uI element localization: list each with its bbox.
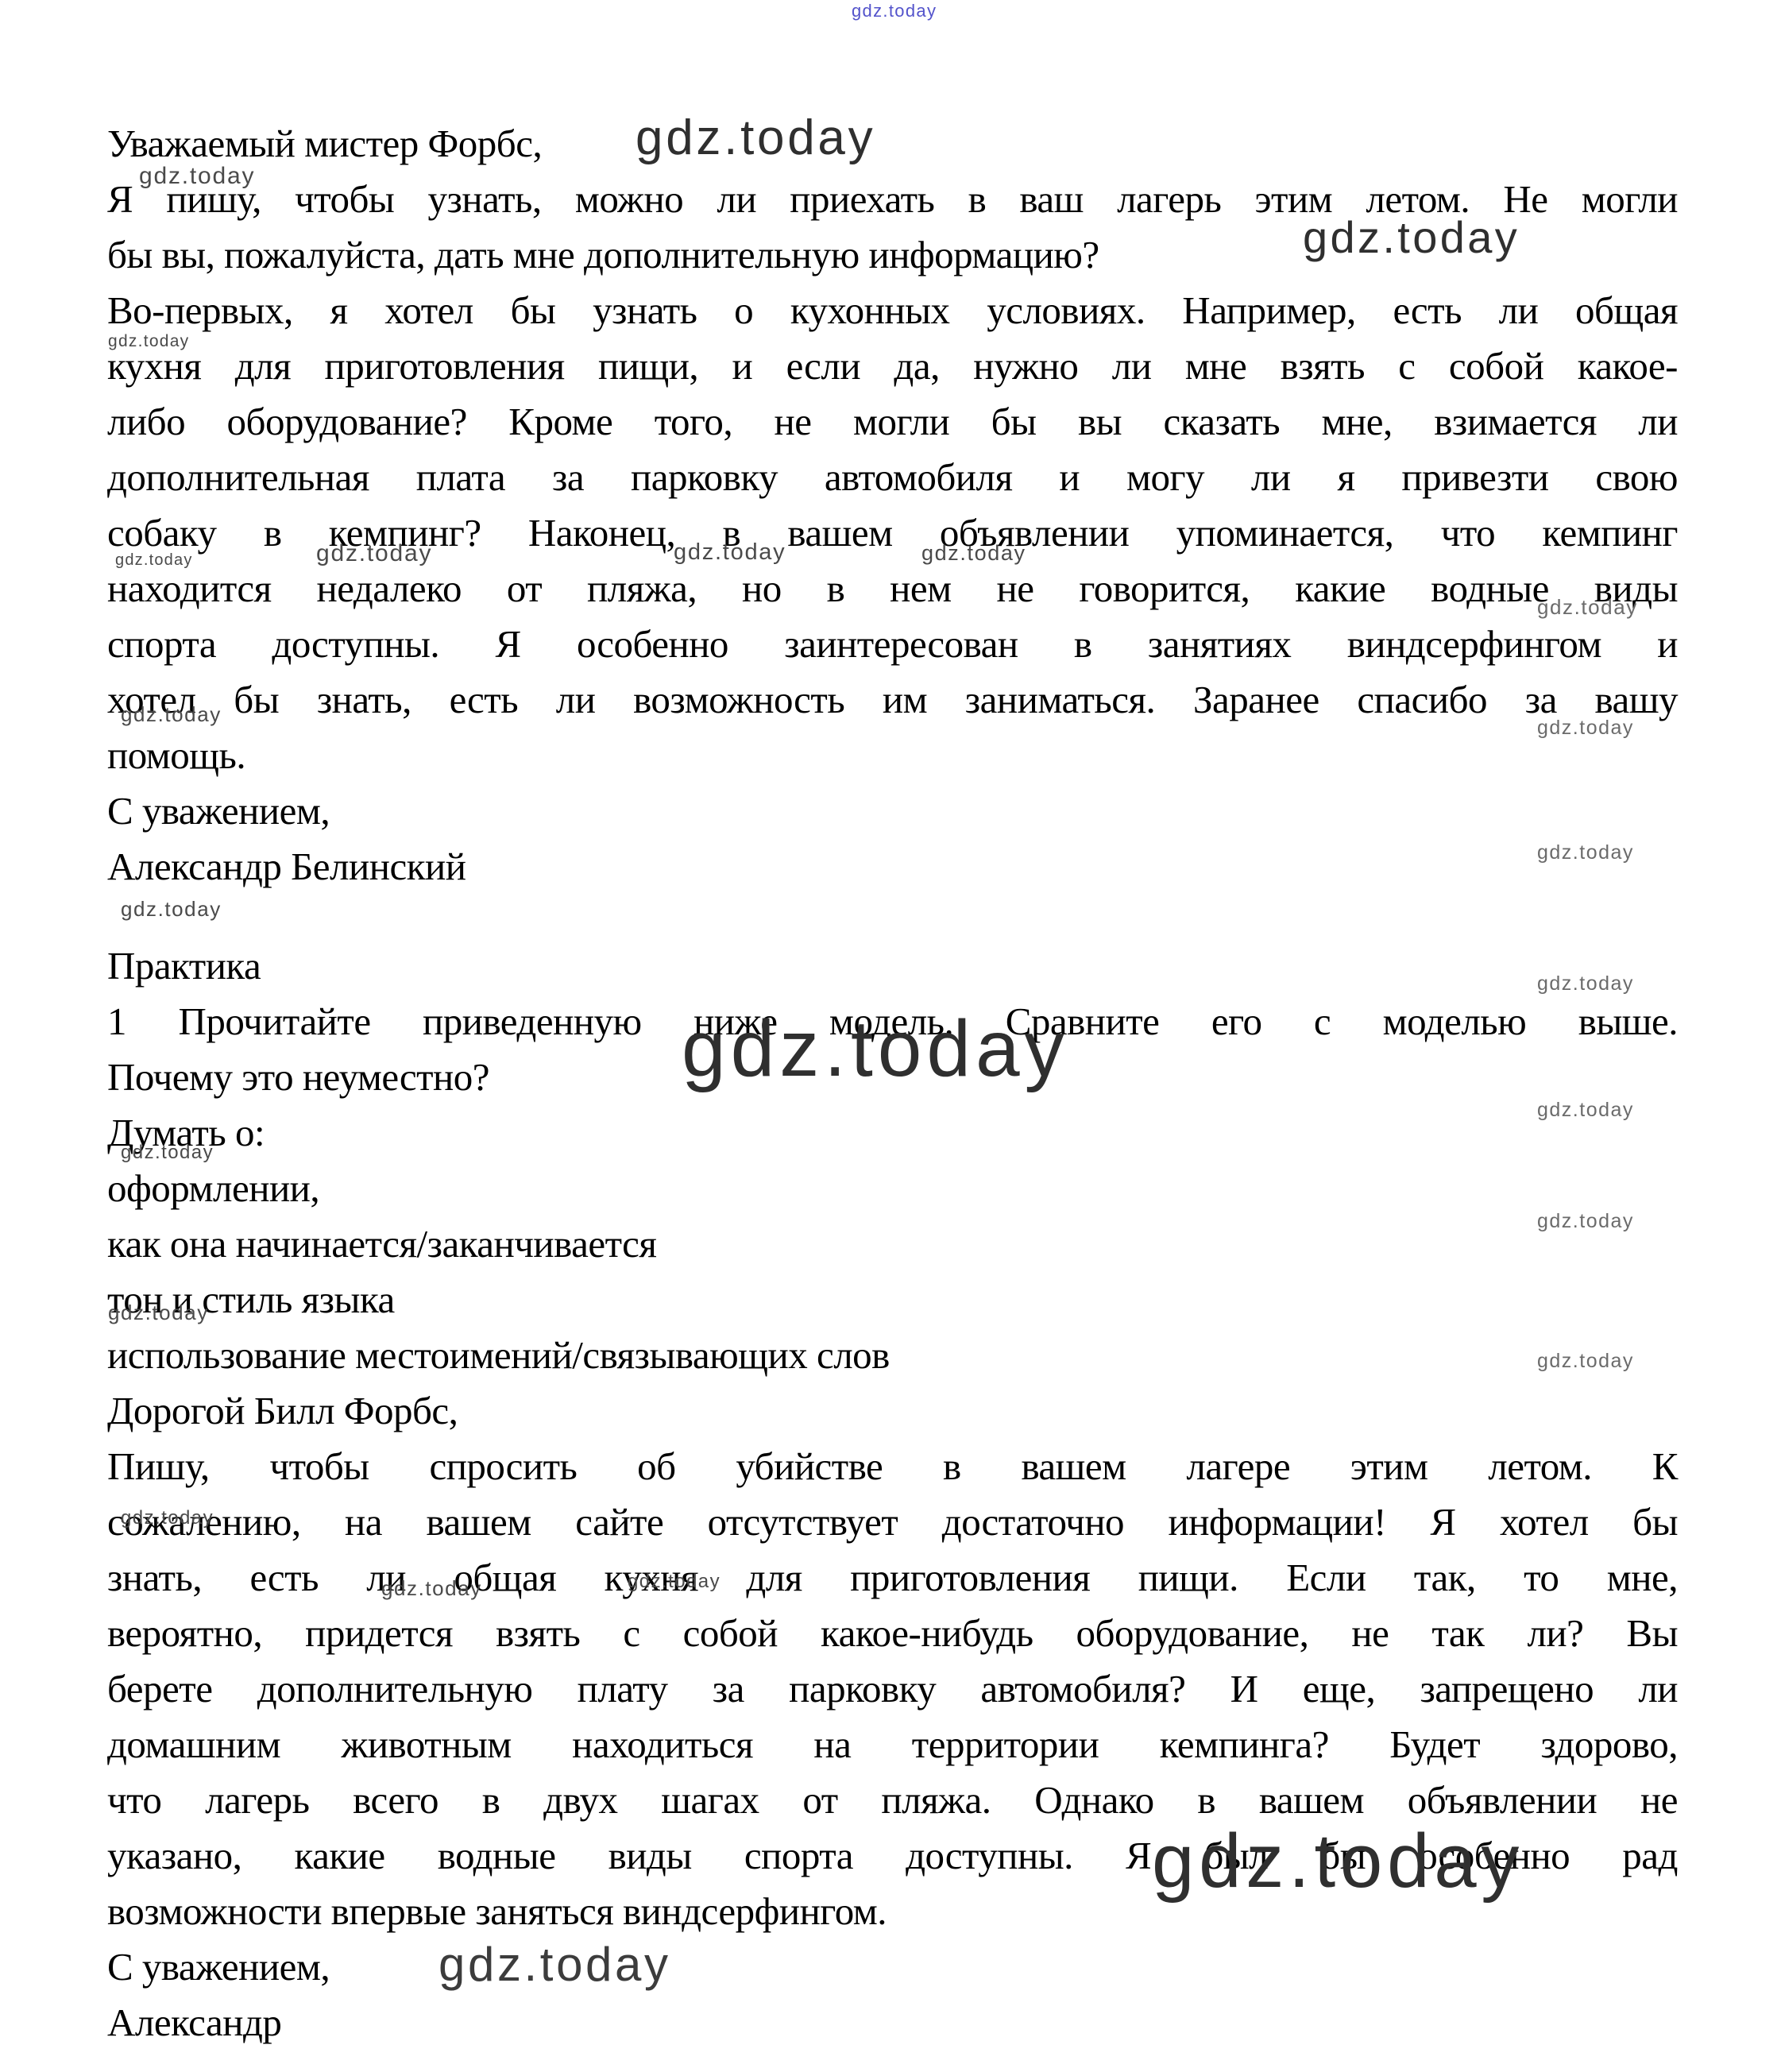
letter1-salutation: Уважаемый мистер Форбс,: [107, 116, 1678, 172]
watermark: gdz.today: [115, 551, 193, 569]
letter1-closing: С уважением,: [107, 783, 1678, 839]
text-line: Пишу, чтобы спросить об убийстве в вашем…: [107, 1439, 1678, 1494]
watermark: gdz.today: [1537, 1211, 1634, 1233]
section-gap: [107, 895, 1678, 938]
watermark: gdz.today: [921, 542, 1026, 566]
watermark: gdz.today: [108, 332, 189, 350]
watermark: gdz.today: [682, 1005, 1069, 1092]
watermark: gdz.today: [852, 2, 937, 21]
watermark: gdz.today: [1537, 1351, 1634, 1373]
document-page: Уважаемый мистер Форбс, Я пишу, чтобы уз…: [0, 0, 1781, 2072]
watermark: gdz.today: [1152, 1819, 1524, 1904]
practice-think-item: тон и стиль языка: [107, 1272, 1678, 1328]
letter2-signature: Александр: [107, 1995, 1678, 2051]
text-line: спорта доступны. Я особенно заинтересова…: [107, 617, 1678, 672]
watermark: gdz.today: [121, 1508, 214, 1529]
letter1-signature: Александр Белинский: [107, 839, 1678, 895]
watermark: gdz.today: [1537, 596, 1638, 619]
watermark: gdz.today: [1537, 1100, 1634, 1122]
watermark: gdz.today: [438, 1939, 671, 1991]
watermark: gdz.today: [121, 703, 222, 726]
text-line: либо оборудование? Кроме того, не могли …: [107, 394, 1678, 450]
practice-think-item: как она начинается/заканчивается: [107, 1216, 1678, 1272]
text-line: хотел бы знать, есть ли возможность им з…: [107, 672, 1678, 728]
text-line: знать, есть ли общая кухня для приготовл…: [107, 1550, 1678, 1606]
watermark: gdz.today: [1537, 717, 1634, 740]
letter2-closing: С уважением,: [107, 1939, 1678, 1995]
watermark: gdz.today: [628, 1571, 721, 1592]
text-line: вероятно, придется взять с собой какое-н…: [107, 1606, 1678, 1661]
watermark: gdz.today: [1537, 973, 1634, 995]
watermark: gdz.today: [1303, 213, 1520, 262]
practice-heading: Практика: [107, 938, 1678, 994]
letter2-salutation: Дорогой Билл Форбс,: [107, 1383, 1678, 1439]
watermark: gdz.today: [121, 1142, 214, 1163]
practice-think-item: оформлении,: [107, 1161, 1678, 1216]
watermark: gdz.today: [674, 540, 786, 566]
text-line: берете дополнительную плату за парковку …: [107, 1661, 1678, 1717]
text-line: помощь.: [107, 728, 1678, 783]
watermark: gdz.today: [108, 1301, 209, 1324]
practice-think-label: Думать о:: [107, 1105, 1678, 1161]
practice-think-item: использование местоимений/связывающих сл…: [107, 1328, 1678, 1383]
watermark: gdz.today: [139, 163, 255, 189]
text-line: дополнительная плата за парковку автомоб…: [107, 450, 1678, 505]
watermark: gdz.today: [1537, 842, 1634, 864]
watermark: gdz.today: [381, 1577, 482, 1600]
watermark: gdz.today: [636, 111, 875, 165]
text-line: Во-первых, я хотел бы узнать о кухонных …: [107, 283, 1678, 338]
text-line: находится недалеко от пляжа, но в нем не…: [107, 561, 1678, 617]
text-line: сожалению, на вашем сайте отсутствует до…: [107, 1494, 1678, 1550]
text-line: кухня для приготовления пищи, и если да,…: [107, 338, 1678, 394]
watermark: gdz.today: [121, 898, 222, 921]
watermark: gdz.today: [316, 540, 432, 566]
text-line: домашним животным находиться на территор…: [107, 1717, 1678, 1772]
